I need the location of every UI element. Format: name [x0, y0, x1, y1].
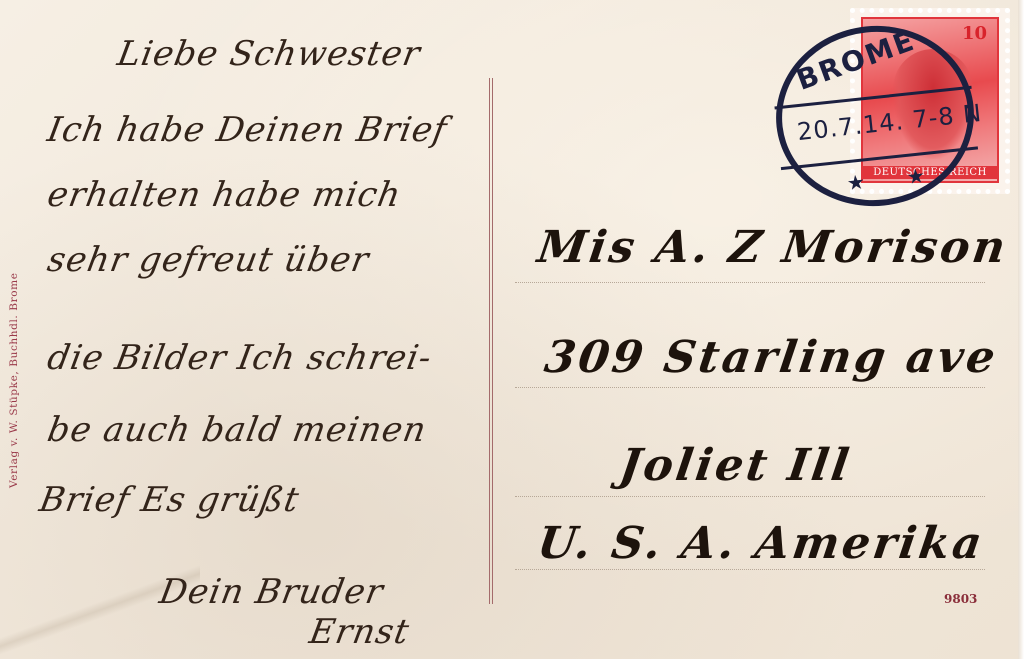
address-rule [515, 282, 985, 283]
message-line: erhalten habe mich [44, 175, 404, 215]
message-line: Ich habe Deinen Brief [44, 110, 450, 150]
address-street: 309 Starling ave [541, 332, 1001, 383]
card-edge [1018, 0, 1024, 659]
divider-line [489, 78, 493, 604]
message-line-salutation: Liebe Schwester [114, 34, 423, 74]
address-country: U. S. A. Amerika [534, 518, 987, 569]
address-recipient: Mis A. Z Morison [534, 222, 1011, 273]
message-line: sehr gefreut über [44, 240, 372, 280]
postmark-stars-icon: ★ ★ [846, 161, 944, 195]
address-city: Joliet Ill [616, 440, 854, 491]
postmark-town: BROME [792, 24, 920, 97]
message-line: be auch bald meinen [44, 410, 429, 450]
card-number: 9803 [944, 592, 977, 606]
publisher-imprint: Verlag v. W. Stüpke, Buchhdl. Brome [8, 272, 20, 488]
message-signature: Ernst [306, 612, 412, 652]
address-rule [515, 387, 985, 388]
message-line-closing: Dein Bruder [156, 572, 386, 612]
stamp-value: 10 [962, 23, 987, 44]
address-rule [515, 569, 985, 570]
message-line: die Bilder Ich schrei- [44, 338, 435, 378]
message-line: Brief Es grüßt [36, 480, 302, 520]
address-rule [515, 496, 985, 497]
postcard-back: Verlag v. W. Stüpke, Buchhdl. Brome Lieb… [0, 0, 1024, 659]
